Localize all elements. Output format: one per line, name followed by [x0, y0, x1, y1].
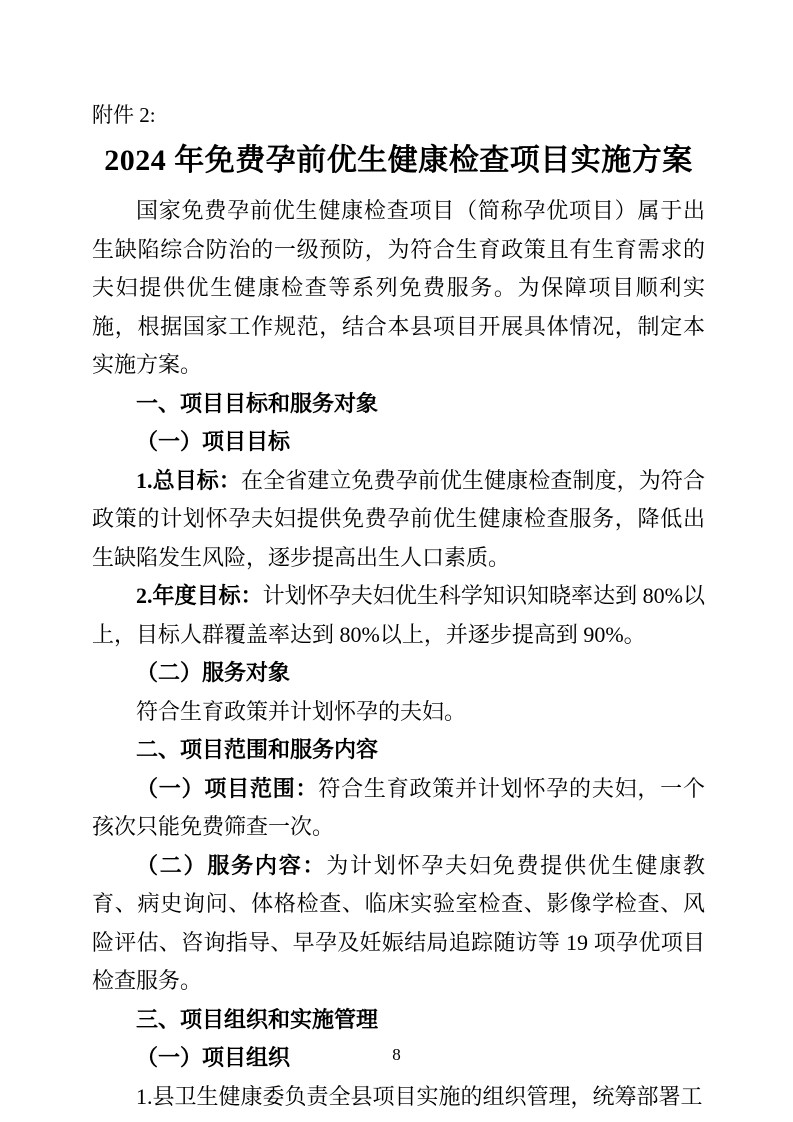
- attachment-label: 附件 2:: [92, 100, 705, 130]
- goal2-paragraph: 2.年度目标：计划怀孕夫妇优生科学知识知晓率达到 80%以上，目标人群覆盖率达到…: [92, 577, 705, 654]
- goal1-label: 1.总目标：: [136, 468, 241, 493]
- service-content-label: （二）服务内容：: [136, 853, 326, 878]
- service-target-paragraph: 符合生育政策并计划怀孕的夫妇。: [92, 693, 705, 732]
- goal2-label: 2.年度目标：: [136, 583, 263, 608]
- organization-paragraph: 1.县卫生健康委负责全县项目实施的组织管理，统筹部署工: [92, 1078, 705, 1117]
- goal1-paragraph: 1.总目标：在全省建立免费孕前优生健康检查制度，为符合政策的计划怀孕夫妇提供免费…: [92, 462, 705, 578]
- page-title: 2024 年免费孕前优生健康检查项目实施方案: [92, 138, 705, 184]
- section1-sub1-heading: （一）项目目标: [92, 423, 705, 462]
- scope-paragraph: （一）项目范围：符合生育政策并计划怀孕的夫妇，一个孩次只能免费筛查一次。: [92, 770, 705, 847]
- page-number: 8: [0, 1044, 793, 1066]
- intro-paragraph: 国家免费孕前优生健康检查项目（简称孕优项目）属于出生缺陷综合防治的一级预防，为符…: [92, 192, 705, 385]
- section1-sub2-heading: （二）服务对象: [92, 654, 705, 693]
- document-page: 附件 2: 2024 年免费孕前优生健康检查项目实施方案 国家免费孕前优生健康检…: [0, 0, 793, 1122]
- document-content: 附件 2: 2024 年免费孕前优生健康检查项目实施方案 国家免费孕前优生健康检…: [0, 0, 793, 1116]
- section3-heading: 三、项目组织和实施管理: [92, 1001, 705, 1040]
- section2-heading: 二、项目范围和服务内容: [92, 731, 705, 770]
- section1-heading: 一、项目目标和服务对象: [92, 385, 705, 424]
- service-content-paragraph: （二）服务内容：为计划怀孕夫妇免费提供优生健康教育、病史询问、体格检查、临床实验…: [92, 847, 705, 1001]
- scope-label: （一）项目范围：: [136, 776, 318, 801]
